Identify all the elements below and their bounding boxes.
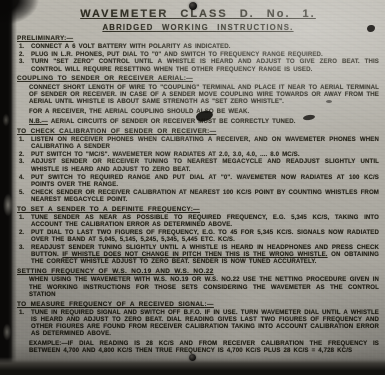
- instruction-item: 3. TURN "SET ZERO" CONTROL UNTIL A WHIST…: [17, 58, 379, 73]
- item-number: 5.: [17, 189, 31, 204]
- item-text: CHECK SENDER OR RECEIVER CALIBRATION AT …: [31, 189, 379, 204]
- photo-of-instruction-plate: WAVEMETER CLASS D. No. 1. ABRIDGED WORKI…: [0, 0, 385, 375]
- screw-head-top: [189, 2, 197, 10]
- section-heading: TO MEASURE FREQUENCY OF A RECEIVED SIGNA…: [17, 301, 379, 308]
- item-text: TUNE SENDER AS NEAR AS POSSIBLE TO REQUI…: [31, 214, 379, 229]
- item-number: 2.: [17, 151, 31, 158]
- instruction-item: 1. TUNE IN REQUIRED SIGNAL AND SWITCH OF…: [17, 309, 379, 338]
- photo-top-left-corner-shadow: [0, 0, 54, 38]
- section-heading: TO CHECK CALIBRATION OF SENDER OR RECEIV…: [17, 128, 379, 135]
- item-number: 4.: [17, 174, 31, 189]
- instruction-item: 2. PUT DIAL TO LAST TWO FIGURES OF FREQU…: [17, 229, 379, 244]
- item-number: 3.: [17, 158, 31, 173]
- instruction-item: 1. TUNE SENDER AS NEAR AS POSSIBLE TO RE…: [17, 214, 379, 229]
- instruction-item: 1. LISTEN ON RECEIVER PHONES WHEN CALIBR…: [17, 136, 379, 151]
- item-text: PUT DIAL TO LAST TWO FIGURES OF FREQUENC…: [31, 229, 379, 244]
- item-number: 2.: [17, 229, 31, 244]
- section-preliminary: PRELIMINARY:— 1. CONNECT A 6 VOLT BATTER…: [17, 35, 379, 73]
- item-number: 3.: [17, 58, 31, 73]
- section-heading: SETTING FREQUENCY OF W.S. NO.19 AND W.S.…: [17, 268, 379, 275]
- instruction-item: 4. PUT SWITCH TO REQUIRED RANGE AND PUT …: [17, 174, 379, 189]
- photo-left-edge: [0, 0, 17, 375]
- item-text: LISTEN ON RECEIVER PHONES WHEN CALIBRATI…: [31, 136, 379, 151]
- item-text-underlined: IF WHISTLE DOES NOT CHANGE IN PITCH THEN…: [62, 251, 327, 258]
- instruction-plate: WAVEMETER CLASS D. No. 1. ABRIDGED WORKI…: [17, 8, 379, 354]
- instruction-item: 2. PUT SWITCH TO "MC/S". WAVEMETER NOW R…: [17, 151, 379, 158]
- item-number: 1.: [17, 43, 31, 50]
- ink-smudge: [326, 100, 332, 103]
- section-paragraph: WHEN USING THE WAVEMETER WITH W.S. NO.19…: [29, 276, 379, 298]
- plate-subtitle: ABRIDGED WORKING INSTRUCTIONS.: [17, 23, 379, 32]
- item-text: READJUST SENDER TUNING SLIGHTLY UNTIL A …: [31, 244, 379, 266]
- screw-head-bottom: [189, 354, 196, 361]
- item-number: 3.: [17, 244, 31, 266]
- item-text: ADJUST SENDER OR RECEIVER TUNING TO NEAR…: [31, 158, 379, 173]
- item-text: PUT SWITCH TO "MC/S". WAVEMETER NOW RADI…: [31, 151, 379, 158]
- item-number: 1.: [17, 309, 31, 338]
- item-text: PUT SWITCH TO REQUIRED RANGE AND PUT DIA…: [31, 174, 379, 189]
- plate-title: WAVEMETER CLASS D. No. 1.: [17, 8, 379, 21]
- instruction-item: 1. CONNECT A 6 VOLT BATTERY WITH POLARIT…: [17, 43, 379, 50]
- instruction-item: 3. ADJUST SENDER OR RECEIVER TUNING TO N…: [17, 158, 379, 173]
- section-check-calibration: TO CHECK CALIBRATION OF SENDER OR RECEIV…: [17, 128, 379, 203]
- item-text: TURN "SET ZERO" CONTROL UNTIL A WHISTLE …: [31, 58, 379, 73]
- item-number: 1.: [17, 214, 31, 229]
- instruction-item: 3. READJUST SENDER TUNING SLIGHTLY UNTIL…: [17, 244, 379, 266]
- nb-label: N.B.—: [29, 118, 51, 125]
- item-text: TUNE IN REQUIRED SIGNAL AND SWITCH OFF B…: [31, 309, 379, 338]
- item-number: 2.: [17, 51, 31, 58]
- instruction-item: 5. CHECK SENDER OR RECEIVER CALIBRATION …: [17, 189, 379, 204]
- section-setting-frequency: SETTING FREQUENCY OF W.S. NO.19 AND W.S.…: [17, 268, 379, 298]
- section-set-sender: TO SET A SENDER TO A DEFINITE FREQUENCY:…: [17, 206, 379, 266]
- section-heading: COUPLING TO SENDER OR RECEIVER AERIAL:—: [17, 75, 379, 82]
- instruction-item: 2. PLUG IN L.R. PHONES, PUT DIAL TO "0" …: [17, 51, 379, 58]
- section-heading: PRELIMINARY:—: [17, 35, 379, 42]
- item-number: 1.: [17, 136, 31, 151]
- nb-text: AERIAL CIRCUITS OF SENDER OR RECEIVER MU…: [51, 118, 296, 125]
- item-text: PLUG IN L.R. PHONES, PUT DIAL TO "0" AND…: [31, 51, 379, 58]
- section-heading: TO SET A SENDER TO A DEFINITE FREQUENCY:…: [17, 206, 379, 213]
- item-text: CONNECT A 6 VOLT BATTERY WITH POLARITY A…: [31, 43, 379, 50]
